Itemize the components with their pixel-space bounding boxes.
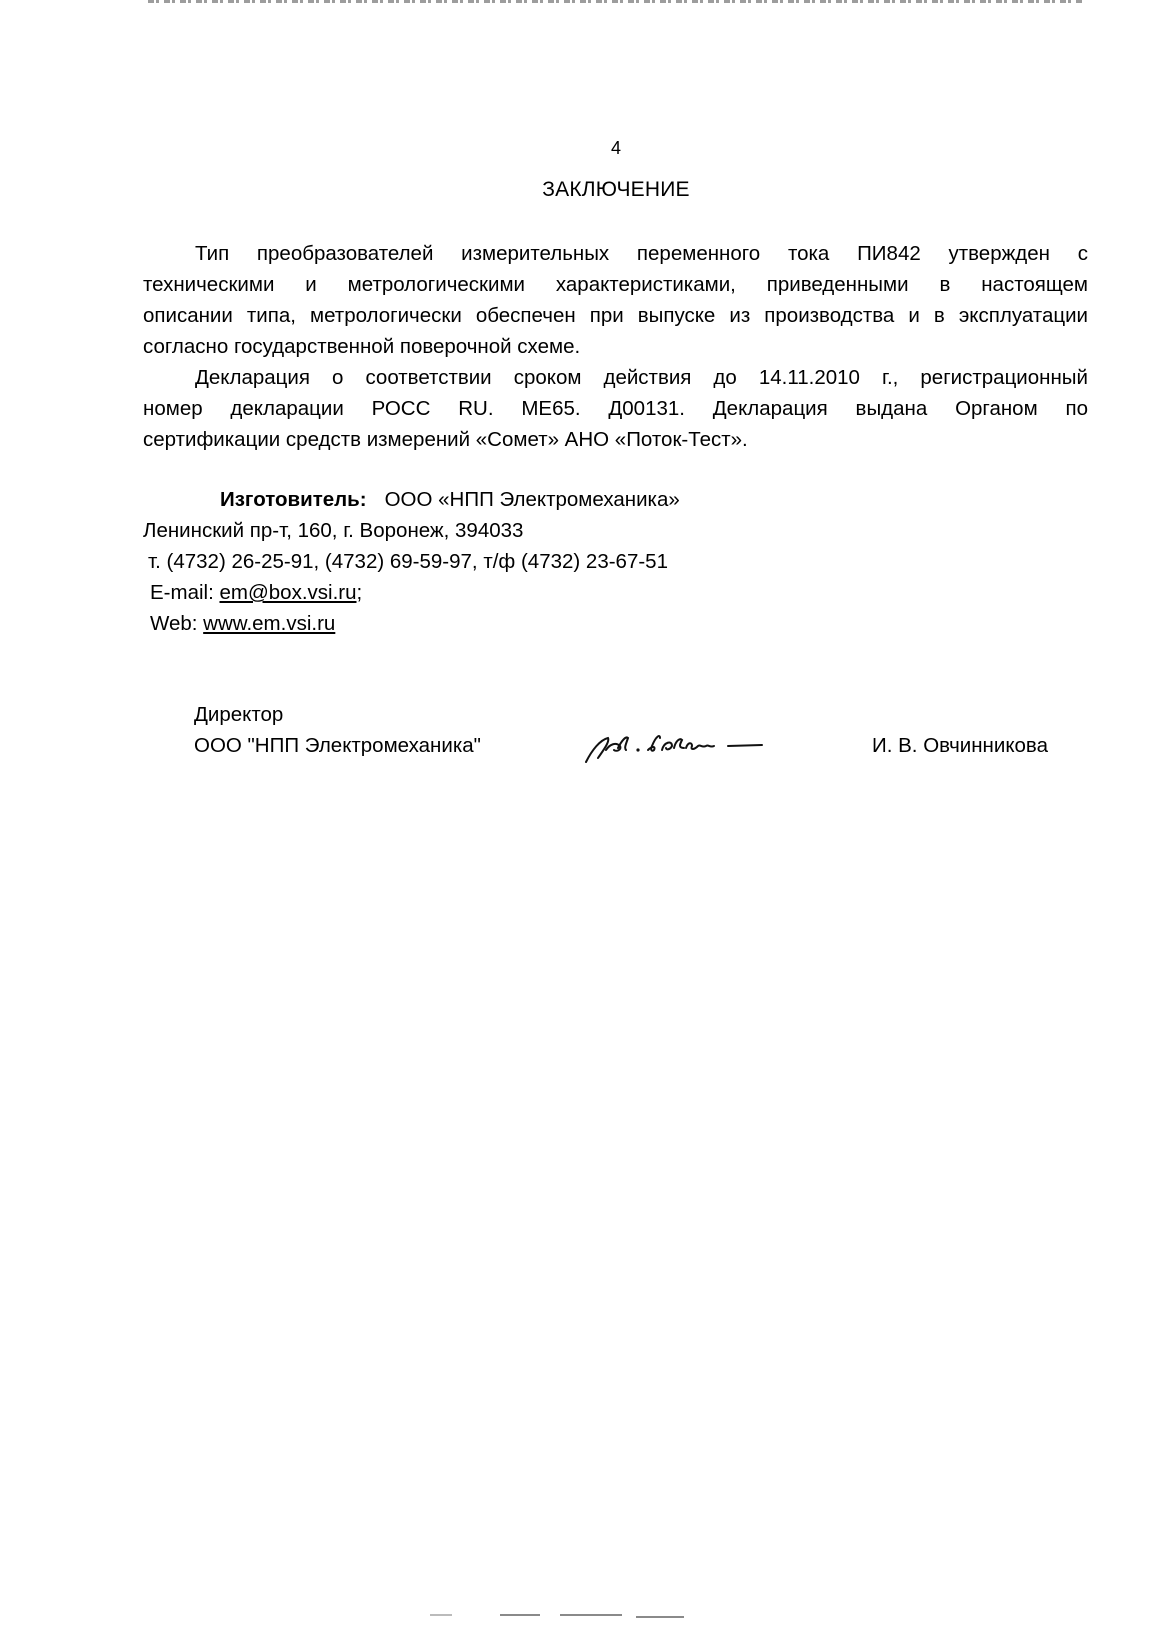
declaration-paragraph: Декларация о соответствии сроком действи… bbox=[143, 362, 1088, 455]
manufacturer-address: Ленинский пр-т, 160, г. Воронеж, 394033 bbox=[143, 515, 523, 546]
scan-artifact-bottom bbox=[500, 1614, 540, 1616]
scan-artifact-bottom bbox=[560, 1614, 622, 1616]
signatory-position: Директор bbox=[194, 699, 283, 730]
web-label: Web: bbox=[150, 612, 203, 635]
manufacturer-label: Изготовитель: bbox=[220, 488, 367, 511]
paragraph-line: номер декларации РОСС RU. МЕ65. Д00131. … bbox=[143, 393, 1088, 424]
page-number: 4 bbox=[0, 138, 1172, 159]
conclusion-paragraph: Тип преобразователей измерительных перем… bbox=[143, 238, 1088, 362]
signatory-name: И. В. Овчинникова bbox=[872, 730, 1048, 761]
scan-artifact-bottom bbox=[430, 1614, 452, 1616]
manufacturer-phones: т. (4732) 26-25-91, (4732) 69-59-97, т/ф… bbox=[148, 546, 668, 577]
paragraph-line: Тип преобразователей измерительных перем… bbox=[143, 238, 1088, 269]
paragraph-line: согласно государственной поверочной схем… bbox=[143, 331, 1088, 362]
email-link[interactable]: em@box.vsi.ru bbox=[219, 581, 356, 604]
signature-icon bbox=[580, 728, 790, 768]
scan-artifact-bottom bbox=[636, 1616, 684, 1618]
email-label: E-mail: bbox=[150, 581, 219, 604]
scan-artifact-top bbox=[148, 0, 1084, 3]
paragraph-line: техническими и метрологическими характер… bbox=[143, 269, 1088, 300]
web-link[interactable]: www.em.vsi.ru bbox=[203, 612, 335, 635]
paragraph-line: описании типа, метрологически обеспечен … bbox=[143, 300, 1088, 331]
web-line: Web: www.em.vsi.ru bbox=[150, 608, 335, 639]
paragraph-line: сертификации средств измерений «Сомет» А… bbox=[143, 424, 1088, 455]
manufacturer-line: Изготовитель:ООО «НПП Электромеханика» bbox=[220, 484, 680, 515]
paragraph-line: Декларация о соответствии сроком действи… bbox=[143, 362, 1088, 393]
document-title: ЗАКЛЮЧЕНИЕ bbox=[0, 178, 1172, 202]
manufacturer-name: ООО «НПП Электромеханика» bbox=[385, 488, 680, 511]
email-line: E-mail: em@box.vsi.ru; bbox=[150, 577, 362, 608]
email-suffix: ; bbox=[357, 581, 363, 604]
signatory-organization: ООО "НПП Электромеханика" bbox=[194, 730, 481, 761]
